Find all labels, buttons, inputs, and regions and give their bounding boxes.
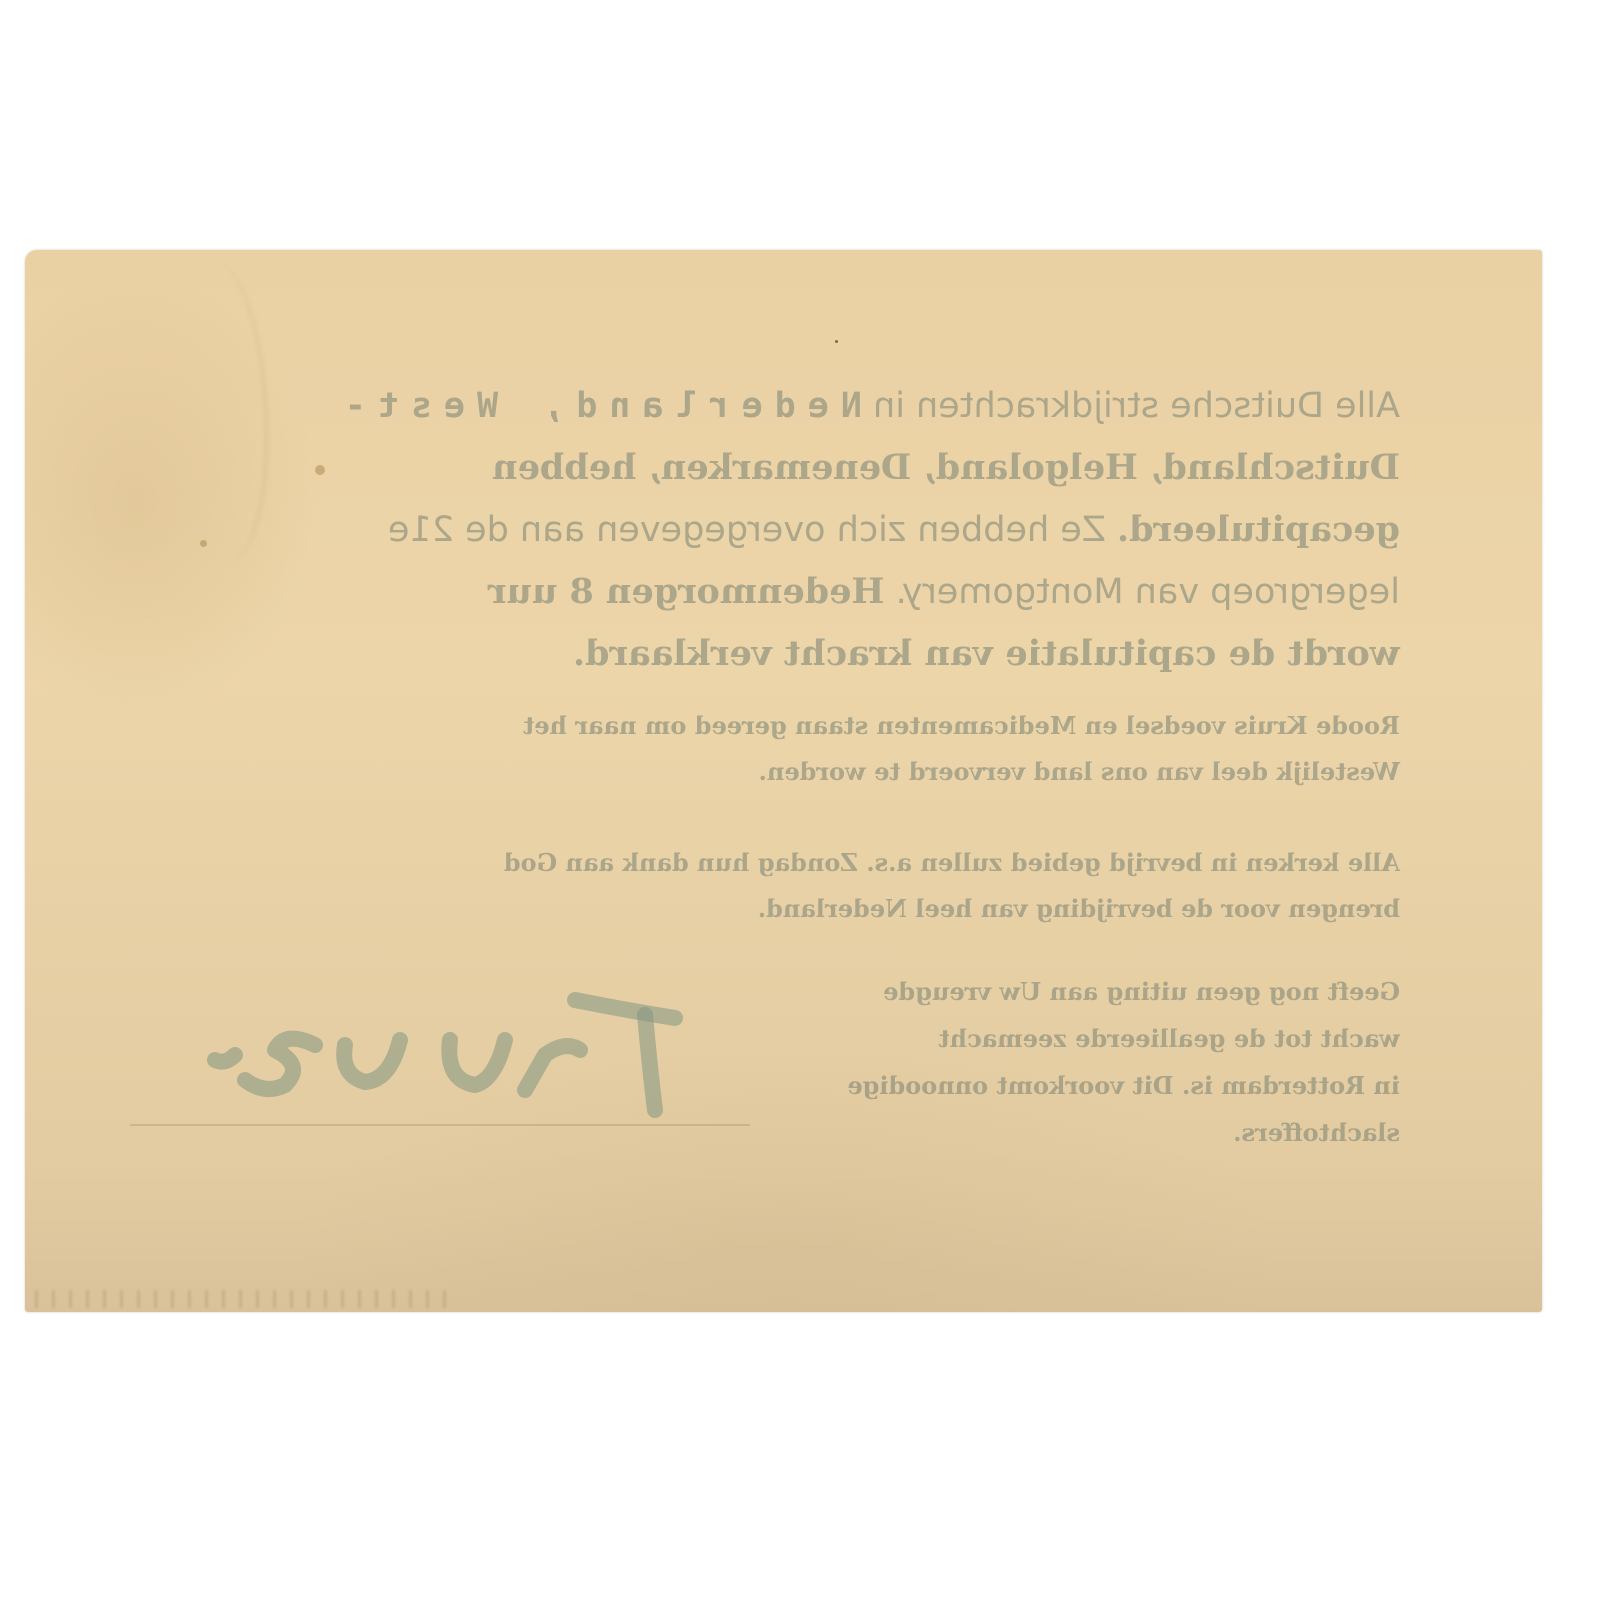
text-line: Geeft nog geen uiting aan Uw vreugde <box>750 968 1400 1015</box>
speck <box>835 340 838 343</box>
text-line: slachtoffers. <box>750 1109 1400 1156</box>
text-line: wordt de capitulatie van kracht verklaar… <box>310 623 1400 685</box>
paragraph-warning: Geeft nog geen uiting aan Uw vreugde wac… <box>750 968 1400 1156</box>
paragraph-red-cross: Roode Kruis voedsel en Medicamenten staa… <box>310 703 1400 795</box>
water-stain <box>175 260 268 560</box>
edge-speckles <box>35 1290 455 1308</box>
text-line: wacht tot de geallieerde zeemacht <box>750 1015 1400 1062</box>
paragraph-capitulation: Alle Duitsche strijdkrachten in Nederlan… <box>310 375 1400 685</box>
paragraph-churches: Alle kerken in bevrijd gebied zullen a.s… <box>310 840 1400 932</box>
signature <box>175 970 695 1150</box>
text-line: Westelijk deel van ons land vervoerd te … <box>310 749 1400 795</box>
text-line: Roode Kruis voedsel en Medicamenten staa… <box>310 703 1400 749</box>
paper-leaflet: Alle Duitsche strijdkrachten in Nederlan… <box>25 250 1542 1312</box>
stain-spot <box>200 540 207 547</box>
text-line: Alle kerken in bevrijd gebied zullen a.s… <box>310 840 1400 886</box>
text-line: legergroep van Montgomery. Hedenmorgen 8… <box>310 561 1400 623</box>
text-line: in Rotterdam is. Dit voorkomt onnoodige <box>750 1062 1400 1109</box>
signature-divider-line <box>130 1124 750 1126</box>
text-line: brengen voor de bevrijding van heel Nede… <box>310 886 1400 932</box>
text-line: Alle Duitsche strijdkrachten in Nederlan… <box>310 375 1400 437</box>
text-line: Duitschland, Helgoland, Denemarken, hebb… <box>310 437 1400 499</box>
text-line: gecapituleerd. Ze hebben zich overgegeve… <box>310 499 1400 561</box>
